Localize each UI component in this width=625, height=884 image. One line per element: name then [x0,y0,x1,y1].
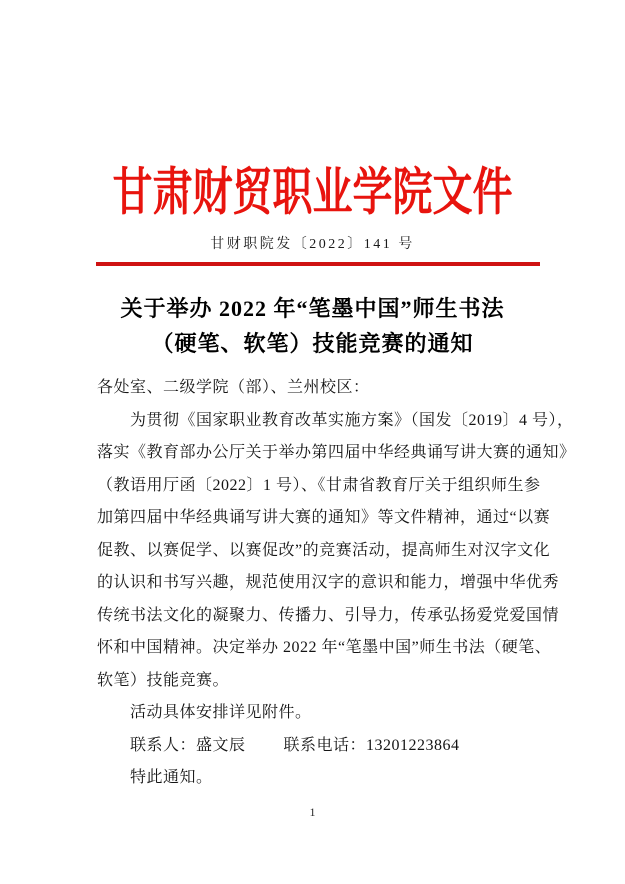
body-line: （教语用厅函〔2022〕1 号）、《甘肃省教育厅关于组织师生参 [97,470,543,503]
contact-label: 联系人： [130,737,196,754]
phone-number: 13201223864 [366,737,460,754]
salutation: 各处室、二级学院（部）、兰州校区： [97,372,543,405]
attachment-note: 活动具体安排详见附件。 [97,697,543,730]
doc-number: 甘财职院发〔2022〕141 号 [0,233,625,253]
body-line: 软笔）技能竞赛。 [97,665,543,698]
body-line: 传统书法文化的凝聚力、传播力、引导力，传承弘扬爱党爱国情 [97,600,543,633]
doc-title-line1: 关于举办 2022 年“笔墨中国”师生书法 [0,291,625,326]
body-line: 的认识和书写兴趣，规范使用汉字的意识和能力，增强中华优秀 [97,567,543,600]
body-line: 促教、以赛促学、以赛促改”的竞赛活动，提高师生对汉字文化 [97,535,543,568]
org-title: 甘肃财贸职业学院文件 [0,152,625,225]
contact-line: 联系人：盛文辰联系电话：13201223864 [97,730,543,763]
closing-line: 特此通知。 [97,762,543,795]
body-line: 加第四届中华经典诵写讲大赛的通知》等文件精神，通过“以赛 [97,502,543,535]
contact-person: 盛文辰 [196,737,246,754]
doc-title: 关于举办 2022 年“笔墨中国”师生书法 （硬笔、软笔）技能竞赛的通知 [0,291,625,361]
phone-label: 联系电话： [284,730,367,763]
body-line: 为贯彻《国家职业教育改革实施方案》（国发〔2019〕4 号）， [97,405,543,438]
body-line: 落实《教育部办公厅关于举办第四届中华经典诵写讲大赛的通知》 [97,437,543,470]
doc-title-line2: （硬笔、软笔）技能竞赛的通知 [0,326,625,361]
doc-body: 各处室、二级学院（部）、兰州校区： 为贯彻《国家职业教育改革实施方案》（国发〔2… [97,372,543,795]
page-number: 1 [0,805,625,820]
document-page: 甘肃财贸职业学院文件 甘财职院发〔2022〕141 号 关于举办 2022 年“… [0,0,625,884]
red-separator-rule [96,262,540,266]
body-line: 怀和中国精神。决定举办 2022 年“笔墨中国”师生书法（硬笔、 [97,632,543,665]
